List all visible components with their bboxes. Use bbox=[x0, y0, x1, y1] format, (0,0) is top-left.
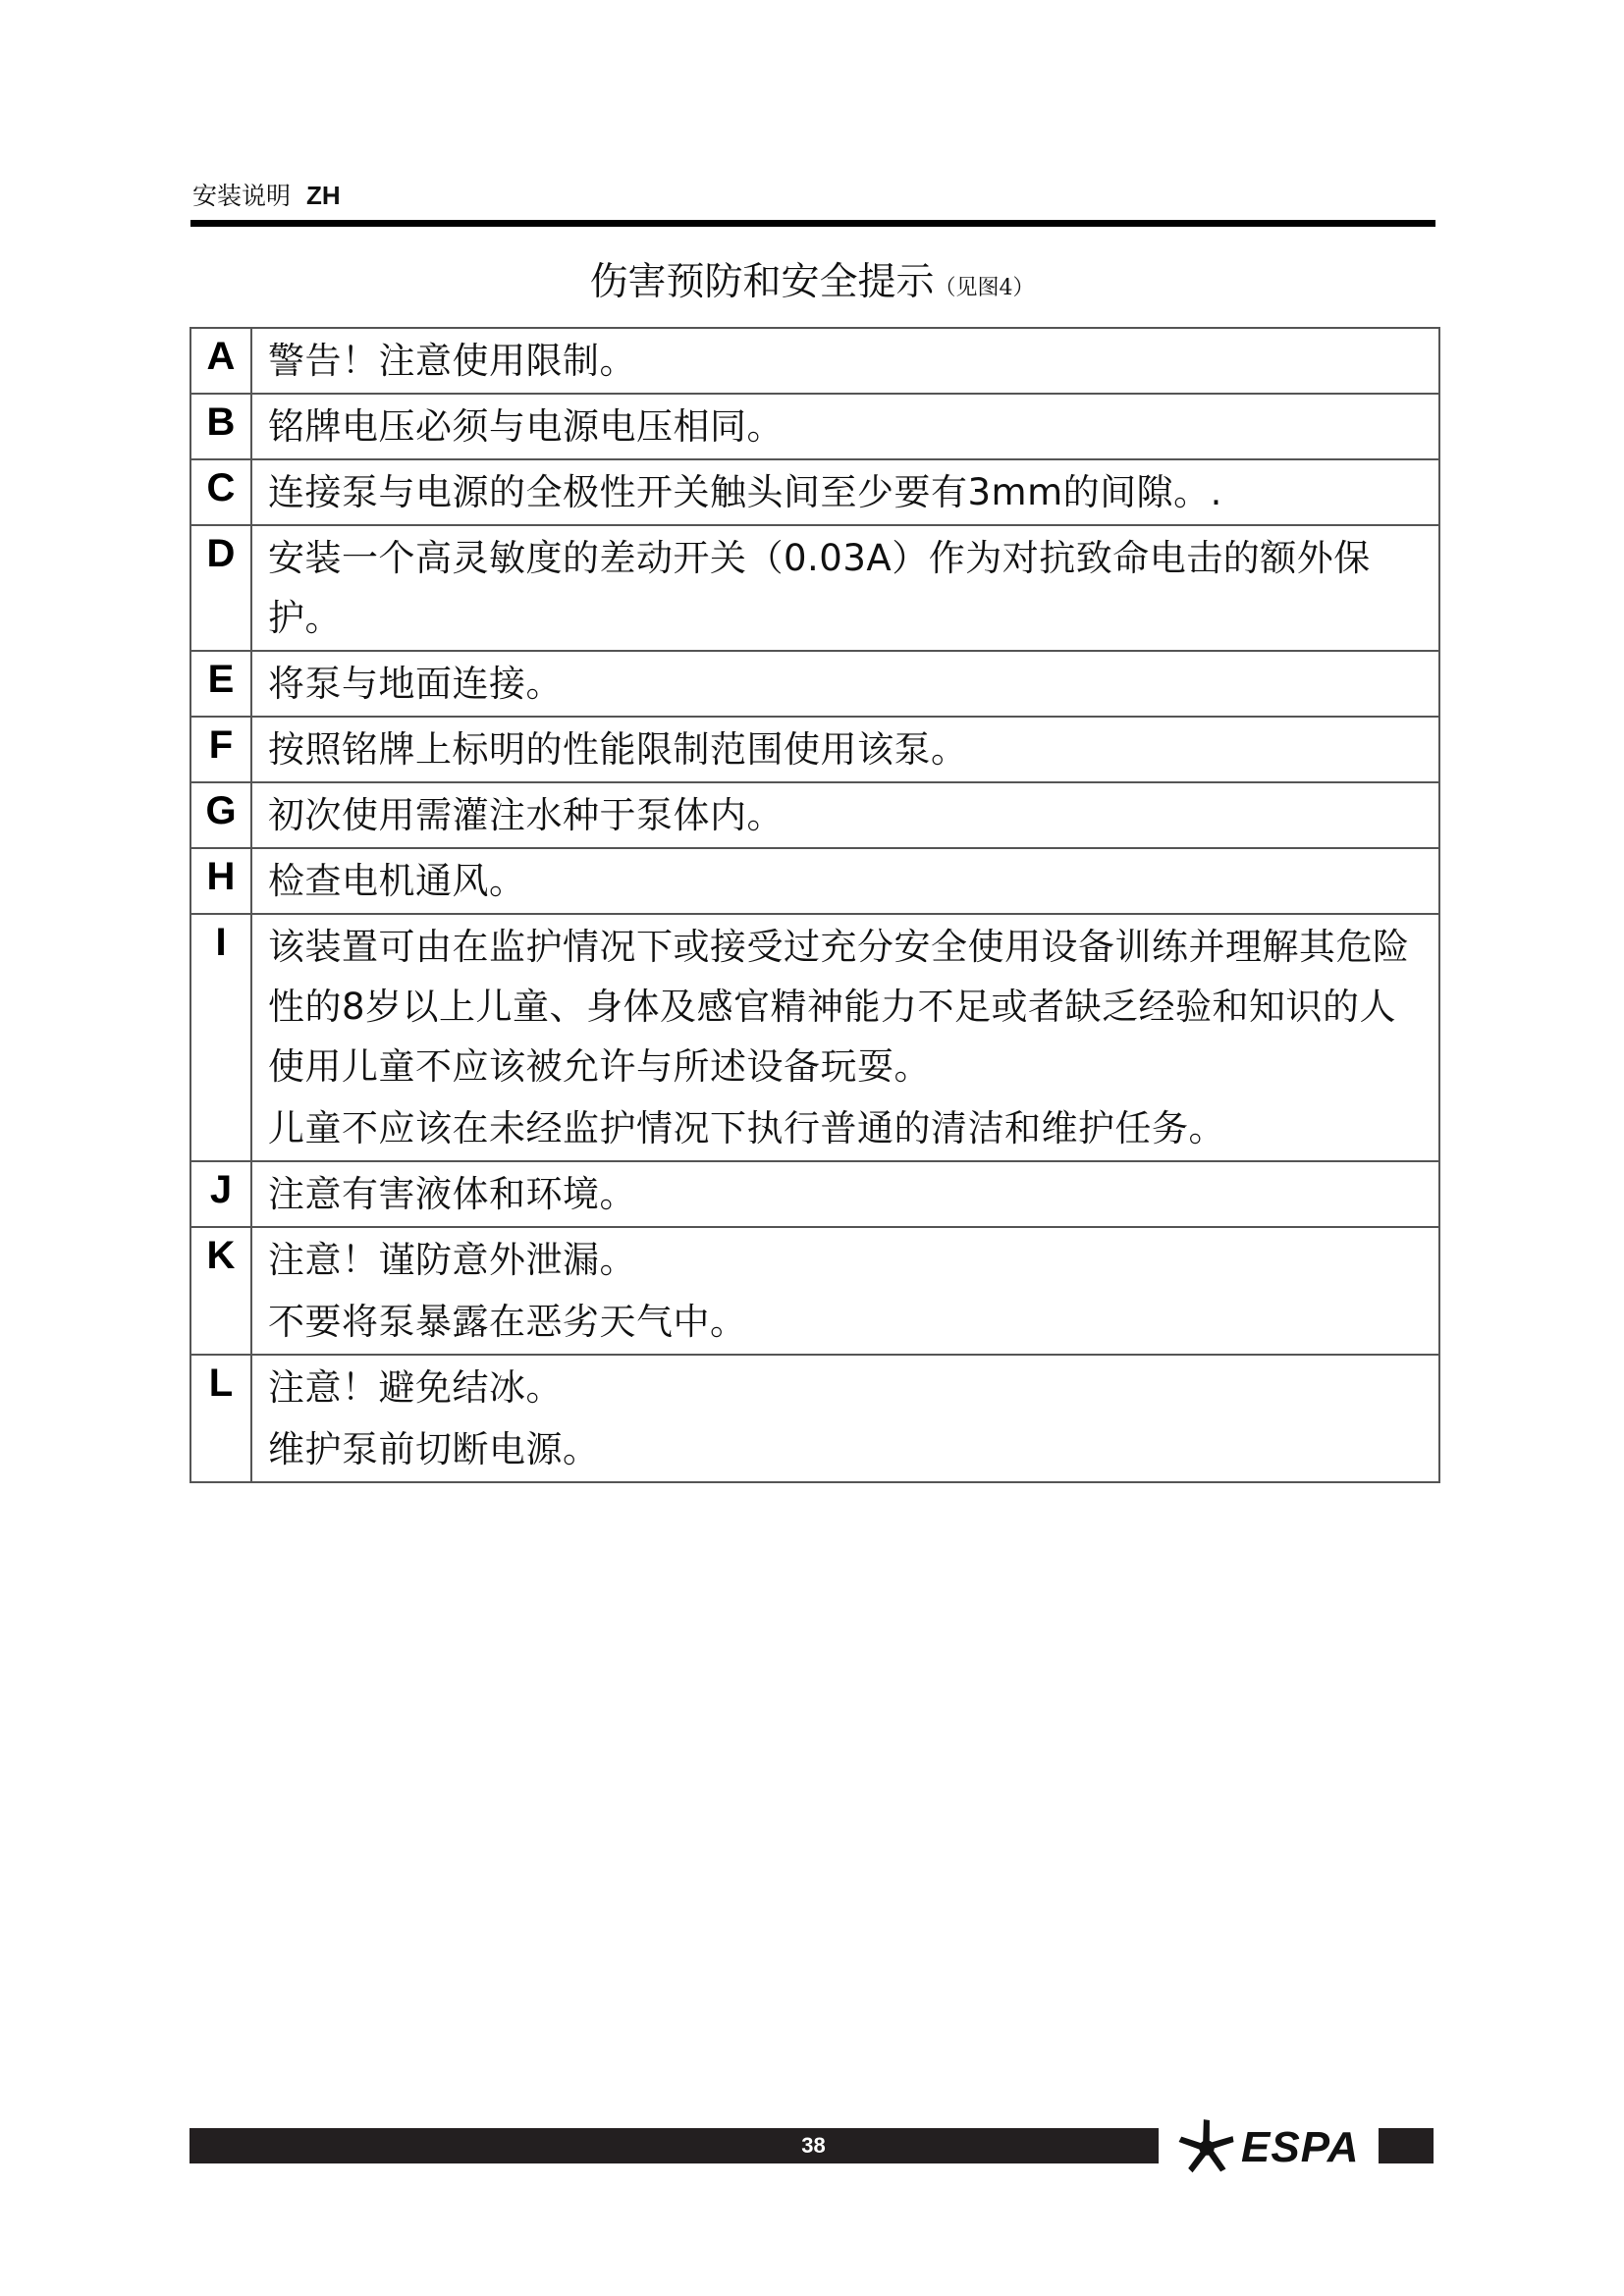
row-instruction: 安装一个高灵敏度的差动开关（0.03A）作为对抗致命电击的额外保护。 bbox=[251, 525, 1439, 651]
brand-name: ESPA bbox=[1241, 2123, 1360, 2172]
header-rule bbox=[190, 220, 1435, 227]
row-letter: H bbox=[190, 848, 251, 914]
row-letter: E bbox=[190, 651, 251, 717]
row-letter: A bbox=[190, 328, 251, 394]
instruction-line: 不要将泵暴露在恶劣天气中。 bbox=[268, 1292, 1425, 1352]
row-letter: I bbox=[190, 914, 251, 1161]
instruction-line: 将泵与地面连接。 bbox=[268, 654, 1425, 714]
table-row: A警告！注意使用限制。 bbox=[190, 328, 1439, 394]
instruction-line: 铭牌电压必须与电源电压相同。 bbox=[268, 397, 1425, 456]
table-row: L注意！避免结冰。维护泵前切断电源。 bbox=[190, 1355, 1439, 1482]
row-letter: K bbox=[190, 1227, 251, 1355]
page-title: 伤害预防和安全提示（见图4） bbox=[0, 257, 1624, 314]
row-letter: J bbox=[190, 1161, 251, 1227]
section-label: 安装说明 bbox=[192, 182, 291, 210]
row-letter: C bbox=[190, 459, 251, 525]
table-row: F按照铭牌上标明的性能限制范围使用该泵。 bbox=[190, 717, 1439, 782]
row-letter: G bbox=[190, 782, 251, 848]
row-letter: B bbox=[190, 394, 251, 459]
table-row: J注意有害液体和环境。 bbox=[190, 1161, 1439, 1227]
table-row: H检查电机通风。 bbox=[190, 848, 1439, 914]
instruction-line: 安装一个高灵敏度的差动开关（0.03A）作为对抗致命电击的额外保护。 bbox=[268, 528, 1425, 648]
table-row: E将泵与地面连接。 bbox=[190, 651, 1439, 717]
espa-propeller-icon bbox=[1178, 2117, 1235, 2178]
running-header: 安装说明ZH bbox=[192, 179, 341, 213]
instruction-line: 连接泵与电源的全极性开关触头间至少要有3mm的间隙。. bbox=[268, 462, 1425, 522]
row-letter: F bbox=[190, 717, 251, 782]
table-row: C连接泵与电源的全极性开关触头间至少要有3mm的间隙。. bbox=[190, 459, 1439, 525]
instruction-line: 儿童不应该在未经监护情况下执行普通的清洁和维护任务。 bbox=[268, 1098, 1425, 1158]
row-instruction: 注意！避免结冰。维护泵前切断电源。 bbox=[251, 1355, 1439, 1482]
title-main: 伤害预防和安全提示 bbox=[589, 260, 934, 304]
row-instruction: 注意有害液体和环境。 bbox=[251, 1161, 1439, 1227]
instruction-line: 注意！谨防意外泄漏。 bbox=[268, 1230, 1425, 1290]
row-instruction: 按照铭牌上标明的性能限制范围使用该泵。 bbox=[251, 717, 1439, 782]
instruction-line: 警告！注意使用限制。 bbox=[268, 331, 1425, 391]
row-instruction: 该装置可由在监护情况下或接受过充分安全使用设备训练并理解其危险性的8岁以上儿童、… bbox=[251, 914, 1439, 1161]
footer-block bbox=[1379, 2128, 1434, 2163]
page-number: 38 bbox=[801, 2133, 825, 2158]
instruction-line: 注意！避免结冰。 bbox=[268, 1358, 1425, 1417]
instruction-line: 该装置可由在监护情况下或接受过充分安全使用设备训练并理解其危险性的8岁以上儿童、… bbox=[268, 917, 1425, 1096]
row-instruction: 将泵与地面连接。 bbox=[251, 651, 1439, 717]
table-row: B铭牌电压必须与电源电压相同。 bbox=[190, 394, 1439, 459]
table-row: K注意！谨防意外泄漏。不要将泵暴露在恶劣天气中。 bbox=[190, 1227, 1439, 1355]
table-row: I该装置可由在监护情况下或接受过充分安全使用设备训练并理解其危险性的8岁以上儿童… bbox=[190, 914, 1439, 1161]
espa-logo: ESPA bbox=[1178, 2118, 1365, 2177]
instruction-line: 检查电机通风。 bbox=[268, 851, 1425, 911]
row-instruction: 警告！注意使用限制。 bbox=[251, 328, 1439, 394]
instruction-line: 按照铭牌上标明的性能限制范围使用该泵。 bbox=[268, 720, 1425, 779]
table-row: D安装一个高灵敏度的差动开关（0.03A）作为对抗致命电击的额外保护。 bbox=[190, 525, 1439, 651]
row-instruction: 注意！谨防意外泄漏。不要将泵暴露在恶劣天气中。 bbox=[251, 1227, 1439, 1355]
instruction-line: 注意有害液体和环境。 bbox=[268, 1164, 1425, 1224]
row-instruction: 初次使用需灌注水种于泵体内。 bbox=[251, 782, 1439, 848]
instruction-line: 维护泵前切断电源。 bbox=[268, 1419, 1425, 1479]
row-instruction: 铭牌电压必须与电源电压相同。 bbox=[251, 394, 1439, 459]
row-instruction: 检查电机通风。 bbox=[251, 848, 1439, 914]
footer-bar: 38 bbox=[189, 2128, 1159, 2163]
row-letter: L bbox=[190, 1355, 251, 1482]
safety-instructions-table: A警告！注意使用限制。B铭牌电压必须与电源电压相同。C连接泵与电源的全极性开关触… bbox=[189, 327, 1440, 1483]
instruction-line: 初次使用需灌注水种于泵体内。 bbox=[268, 785, 1425, 845]
row-instruction: 连接泵与电源的全极性开关触头间至少要有3mm的间隙。. bbox=[251, 459, 1439, 525]
title-figure-reference: （见图4） bbox=[935, 276, 1035, 300]
row-letter: D bbox=[190, 525, 251, 651]
table-row: G初次使用需灌注水种于泵体内。 bbox=[190, 782, 1439, 848]
language-code: ZH bbox=[306, 181, 341, 210]
